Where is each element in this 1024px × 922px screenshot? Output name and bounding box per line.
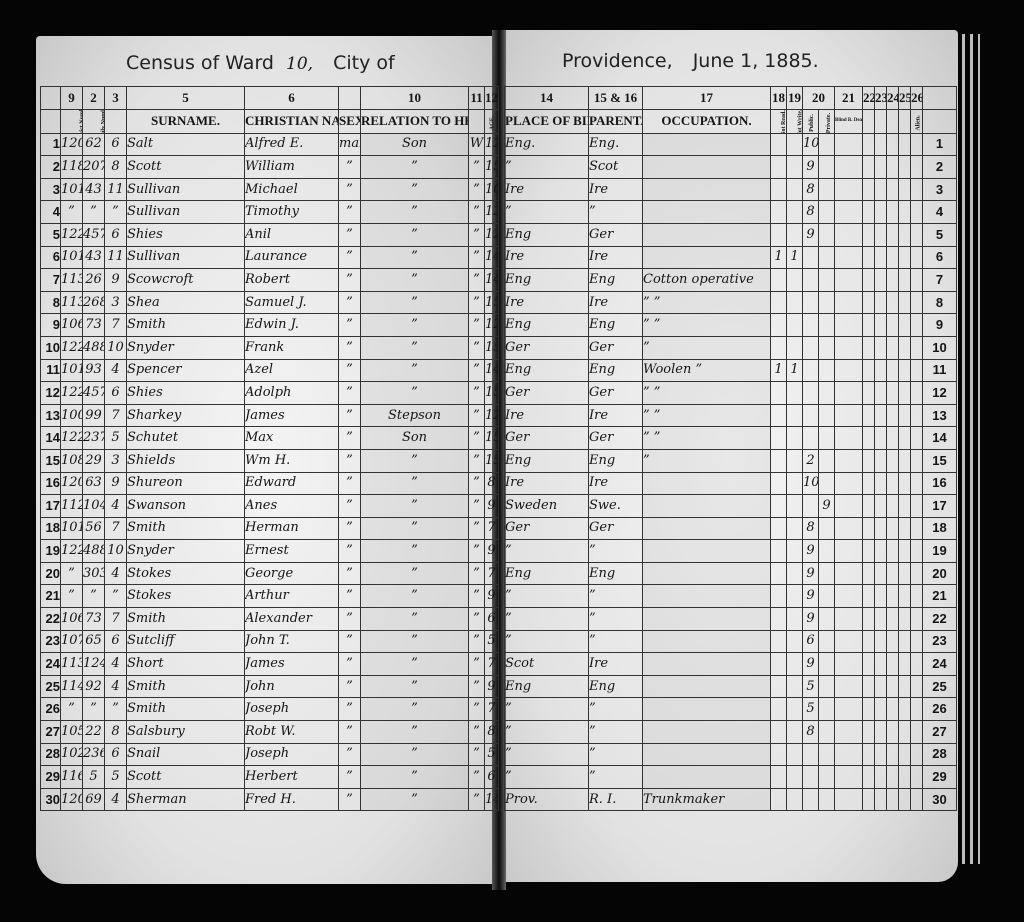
not-write	[787, 540, 803, 563]
family-number: 63	[83, 472, 105, 495]
number-in-family: 5	[105, 427, 127, 450]
age: 12	[485, 201, 499, 224]
number-in-family: 7	[105, 314, 127, 337]
number-in-family: 10	[105, 336, 127, 359]
color-race: ”	[469, 675, 485, 698]
property-voter	[875, 449, 887, 472]
place-of-birth: Scot	[505, 653, 589, 676]
number-in-family: 11	[105, 178, 127, 201]
real-estate-voter	[863, 562, 875, 585]
occupation: ” ”	[643, 427, 771, 450]
family-number: 207	[83, 156, 105, 179]
district-number: 116	[61, 766, 83, 789]
sex: ”	[339, 246, 361, 269]
family-number: 43	[83, 246, 105, 269]
title-city-of: City of	[333, 52, 395, 74]
public-school-months: 9	[803, 608, 819, 631]
row-number: 4	[41, 201, 61, 224]
place-of-birth: ”	[505, 156, 589, 179]
occupation	[643, 495, 771, 518]
registry-voter	[887, 269, 899, 292]
naturalized	[899, 404, 911, 427]
column-label-row: PLACE OF BIRTH. PARENTAGE. OCCUPATION. N…	[505, 109, 957, 133]
col-number: 14	[505, 87, 589, 110]
alien	[911, 562, 923, 585]
not-read	[771, 698, 787, 721]
row-number: 15	[923, 449, 957, 472]
age: 8	[485, 472, 499, 495]
public-school-months: 8	[803, 201, 819, 224]
table-row: ” ” 29	[505, 766, 957, 789]
not-read	[771, 495, 787, 518]
age: 7	[485, 562, 499, 585]
not-read	[771, 382, 787, 405]
public-school-months	[803, 314, 819, 337]
naturalized	[899, 585, 911, 608]
relation: ”	[361, 359, 469, 382]
relation: Son	[361, 427, 469, 450]
private-school-months	[819, 698, 835, 721]
surname: Shields	[127, 449, 245, 472]
table-row: Ire Ire ” ” 13	[505, 404, 957, 427]
row-number: 26	[923, 698, 957, 721]
row-number: 30	[923, 788, 957, 811]
district-number: ”	[61, 585, 83, 608]
surname: Smith	[127, 314, 245, 337]
row-number: 14	[41, 427, 61, 450]
table-row: Ger Ger ” 10	[505, 336, 957, 359]
christian-name: Max	[245, 427, 339, 450]
place-of-birth: Eng	[505, 223, 589, 246]
christian-name: Adolph	[245, 382, 339, 405]
relation: ”	[361, 246, 469, 269]
relation: ”	[361, 291, 469, 314]
age: 15	[485, 427, 499, 450]
district-number: ”	[61, 201, 83, 224]
parentage: Eng	[589, 562, 643, 585]
header-not-read: Not Read.	[771, 109, 787, 133]
surname: Snail	[127, 743, 245, 766]
not-write	[787, 449, 803, 472]
number-in-family: 4	[105, 788, 127, 811]
christian-name: Herbert	[245, 766, 339, 789]
alien	[911, 404, 923, 427]
district-number: 122	[61, 427, 83, 450]
number-in-family: 7	[105, 517, 127, 540]
property-voter	[875, 201, 887, 224]
naturalized	[899, 630, 911, 653]
table-row: 1 120 62 6 Salt Alfred E. male Son W 12	[41, 133, 499, 156]
number-in-family: 8	[105, 721, 127, 744]
color-race: W	[469, 133, 485, 156]
age: 12	[485, 223, 499, 246]
property-voter	[875, 540, 887, 563]
property-voter	[875, 766, 887, 789]
col-number: 19	[787, 87, 803, 110]
table-row: 9 106 73 7 Smith Edwin J. ” ” ” 12	[41, 314, 499, 337]
color-race: ”	[469, 269, 485, 292]
row-number: 23	[923, 630, 957, 653]
surname: Sullivan	[127, 178, 245, 201]
header-district-number: District Number.	[61, 109, 83, 133]
registry-voter	[887, 653, 899, 676]
header-real-estate-voter: R. Est. Voter.	[863, 109, 875, 133]
not-write	[787, 156, 803, 179]
age: 14	[485, 788, 499, 811]
relation: ”	[361, 472, 469, 495]
age: 15	[485, 156, 499, 179]
alien	[911, 291, 923, 314]
sex: ”	[339, 404, 361, 427]
disabilities	[835, 766, 863, 789]
real-estate-voter	[863, 540, 875, 563]
relation: ”	[361, 223, 469, 246]
row-number: 24	[41, 653, 61, 676]
place-of-birth: ”	[505, 540, 589, 563]
family-number: 104	[83, 495, 105, 518]
header-family-number: Family Number.	[83, 109, 105, 133]
surname: Smith	[127, 608, 245, 631]
not-read	[771, 675, 787, 698]
row-number: 1	[41, 133, 61, 156]
sex: ”	[339, 495, 361, 518]
not-write	[787, 585, 803, 608]
public-school-months: 2	[803, 449, 819, 472]
place-of-birth: Eng	[505, 675, 589, 698]
christian-name: Robert	[245, 269, 339, 292]
row-number: 29	[41, 766, 61, 789]
surname: Short	[127, 653, 245, 676]
not-read	[771, 404, 787, 427]
relation: ”	[361, 156, 469, 179]
naturalized	[899, 359, 911, 382]
public-school-months	[803, 336, 819, 359]
sex: ”	[339, 517, 361, 540]
family-number: 457	[83, 382, 105, 405]
district-number: ”	[61, 562, 83, 585]
district-number: 106	[61, 314, 83, 337]
surname: Salsbury	[127, 721, 245, 744]
col-number: 24	[887, 87, 899, 110]
registry-voter	[887, 562, 899, 585]
occupation	[643, 743, 771, 766]
table-row: Eng Eng ” 2 15	[505, 449, 957, 472]
occupation	[643, 201, 771, 224]
row-number: 9	[41, 314, 61, 337]
not-write: 1	[787, 359, 803, 382]
family-number: 237	[83, 427, 105, 450]
col-number: 25	[899, 87, 911, 110]
disabilities	[835, 698, 863, 721]
real-estate-voter	[863, 449, 875, 472]
relation: ”	[361, 495, 469, 518]
parentage: ”	[589, 743, 643, 766]
sex: ”	[339, 788, 361, 811]
age: 12	[485, 133, 499, 156]
census-title-right: Providence, June 1, 1885.	[562, 50, 819, 72]
disabilities	[835, 653, 863, 676]
family-number: ”	[83, 585, 105, 608]
family-number: 488	[83, 336, 105, 359]
property-voter	[875, 630, 887, 653]
disabilities	[835, 743, 863, 766]
naturalized	[899, 291, 911, 314]
public-school-months: 8	[803, 517, 819, 540]
color-race: ”	[469, 788, 485, 811]
not-write	[787, 698, 803, 721]
sex: ”	[339, 540, 361, 563]
alien	[911, 201, 923, 224]
color-race: ”	[469, 314, 485, 337]
christian-name: Timothy	[245, 201, 339, 224]
table-row: 23 107 65 6 Sutcliff John T. ” ” ” 5	[41, 630, 499, 653]
relation: ”	[361, 449, 469, 472]
parentage: Ire	[589, 653, 643, 676]
color-race: ”	[469, 562, 485, 585]
naturalized	[899, 472, 911, 495]
row-number: 7	[923, 269, 957, 292]
family-number: ”	[83, 698, 105, 721]
row-number: 13	[923, 404, 957, 427]
surname: Shea	[127, 291, 245, 314]
public-school-months: 5	[803, 698, 819, 721]
private-school-months	[819, 269, 835, 292]
row-number: 13	[41, 404, 61, 427]
district-number: 101	[61, 246, 83, 269]
private-school-months	[819, 630, 835, 653]
sex: ”	[339, 223, 361, 246]
parentage: Scot	[589, 156, 643, 179]
district-number: 102	[61, 743, 83, 766]
not-write	[787, 472, 803, 495]
naturalized	[899, 788, 911, 811]
number-in-family: 9	[105, 269, 127, 292]
not-write	[787, 608, 803, 631]
column-number-row: 14 15 & 16 17 18 19 20 21 22 23 24 25 26	[505, 87, 957, 110]
col-number: 5	[127, 87, 245, 110]
real-estate-voter	[863, 201, 875, 224]
disabilities	[835, 608, 863, 631]
family-number: 43	[83, 178, 105, 201]
disabilities	[835, 495, 863, 518]
relation: ”	[361, 788, 469, 811]
public-school-months	[803, 359, 819, 382]
public-school-months: 9	[803, 653, 819, 676]
row-number: 11	[923, 359, 957, 382]
color-race: ”	[469, 585, 485, 608]
naturalized	[899, 382, 911, 405]
row-num-label	[41, 109, 61, 133]
private-school-months	[819, 314, 835, 337]
occupation	[643, 540, 771, 563]
age: 9	[485, 540, 499, 563]
registry-voter	[887, 156, 899, 179]
age: 5	[485, 630, 499, 653]
alien	[911, 495, 923, 518]
place-of-birth: Ger	[505, 382, 589, 405]
registry-voter	[887, 404, 899, 427]
property-voter	[875, 404, 887, 427]
alien	[911, 156, 923, 179]
occupation: ” ”	[643, 404, 771, 427]
district-number: 113	[61, 269, 83, 292]
registry-voter	[887, 178, 899, 201]
disabilities	[835, 201, 863, 224]
column-label-row: District Number. Family Number. Number i…	[41, 109, 499, 133]
property-voter	[875, 495, 887, 518]
number-in-family: 4	[105, 495, 127, 518]
relation: ”	[361, 178, 469, 201]
place-of-birth: Ire	[505, 178, 589, 201]
property-voter	[875, 291, 887, 314]
age: 14	[485, 359, 499, 382]
family-number: 268	[83, 291, 105, 314]
property-voter	[875, 562, 887, 585]
relation: ”	[361, 269, 469, 292]
row-number: 28	[923, 743, 957, 766]
christian-name: William	[245, 156, 339, 179]
disabilities	[835, 291, 863, 314]
table-row: ” ” 6 23	[505, 630, 957, 653]
district-number: 108	[61, 449, 83, 472]
property-voter	[875, 269, 887, 292]
sex: ”	[339, 382, 361, 405]
title-date: June 1, 1885.	[693, 50, 819, 72]
row-number: 16	[923, 472, 957, 495]
real-estate-voter	[863, 743, 875, 766]
parentage: Ire	[589, 404, 643, 427]
relation: ”	[361, 721, 469, 744]
surname: Snyder	[127, 540, 245, 563]
number-in-family: 4	[105, 562, 127, 585]
row-number: 17	[41, 495, 61, 518]
occupation	[643, 766, 771, 789]
row-number: 2	[923, 156, 957, 179]
color-race: ”	[469, 223, 485, 246]
sex: ”	[339, 336, 361, 359]
place-of-birth: ”	[505, 630, 589, 653]
private-school-months	[819, 449, 835, 472]
col-number: 12	[485, 87, 499, 110]
surname: Smith	[127, 517, 245, 540]
district-number: 120	[61, 788, 83, 811]
row-number: 10	[923, 336, 957, 359]
public-school-months: 8	[803, 721, 819, 744]
color-race: ”	[469, 472, 485, 495]
real-estate-voter	[863, 156, 875, 179]
public-school-months: 8	[803, 178, 819, 201]
col-number: 6	[245, 87, 339, 110]
row-number: 16	[41, 472, 61, 495]
occupation	[643, 721, 771, 744]
surname: Stokes	[127, 585, 245, 608]
row-number: 11	[41, 359, 61, 382]
header-naturalized: Naturalized.	[899, 109, 911, 133]
district-number: 120	[61, 472, 83, 495]
property-voter	[875, 675, 887, 698]
public-school-months	[803, 246, 819, 269]
district-number: 105	[61, 721, 83, 744]
number-in-family: 4	[105, 653, 127, 676]
surname: Snyder	[127, 336, 245, 359]
real-estate-voter	[863, 495, 875, 518]
age: 12	[485, 314, 499, 337]
not-write	[787, 517, 803, 540]
parentage: Ger	[589, 427, 643, 450]
row-number: 19	[923, 540, 957, 563]
private-school-months: 9	[819, 495, 835, 518]
row-num-header	[41, 87, 61, 110]
row-number: 23	[41, 630, 61, 653]
christian-name: Herman	[245, 517, 339, 540]
occupation	[643, 223, 771, 246]
public-school-months: 9	[803, 156, 819, 179]
table-row: 29 116 5 5 Scott Herbert ” ” ” 6	[41, 766, 499, 789]
private-school-months	[819, 608, 835, 631]
district-number: 101	[61, 178, 83, 201]
place-of-birth: Eng	[505, 269, 589, 292]
relation: ”	[361, 630, 469, 653]
age: 5	[485, 743, 499, 766]
col-number: 20	[803, 87, 835, 110]
registry-voter	[887, 585, 899, 608]
christian-name: Anes	[245, 495, 339, 518]
registry-voter	[887, 608, 899, 631]
naturalized	[899, 653, 911, 676]
parentage: Ire	[589, 472, 643, 495]
table-row: ” ” 9 19	[505, 540, 957, 563]
registry-voter	[887, 788, 899, 811]
registry-voter	[887, 133, 899, 156]
district-number: 118	[61, 156, 83, 179]
registry-voter	[887, 675, 899, 698]
property-voter	[875, 382, 887, 405]
naturalized	[899, 562, 911, 585]
not-read	[771, 721, 787, 744]
parentage: ”	[589, 630, 643, 653]
col-number: 9	[61, 87, 83, 110]
real-estate-voter	[863, 427, 875, 450]
page-edge	[970, 34, 973, 864]
census-title-left: Census of Ward 10, City of	[126, 52, 395, 74]
header-registry-voter: Reg. Voter.	[887, 109, 899, 133]
number-in-family: 6	[105, 223, 127, 246]
registry-voter	[887, 427, 899, 450]
not-write	[787, 178, 803, 201]
place-of-birth: ”	[505, 743, 589, 766]
family-number: 99	[83, 404, 105, 427]
alien	[911, 743, 923, 766]
color-race: ”	[469, 449, 485, 472]
not-write	[787, 269, 803, 292]
alien	[911, 223, 923, 246]
private-school-months	[819, 178, 835, 201]
district-number: 122	[61, 336, 83, 359]
age: 15	[485, 291, 499, 314]
not-read	[771, 291, 787, 314]
number-in-family: 6	[105, 743, 127, 766]
place-of-birth: Ger	[505, 427, 589, 450]
place-of-birth: Ire	[505, 404, 589, 427]
not-write	[787, 314, 803, 337]
property-voter	[875, 517, 887, 540]
parentage: ”	[589, 585, 643, 608]
private-school-months	[819, 246, 835, 269]
relation: ”	[361, 585, 469, 608]
real-estate-voter	[863, 404, 875, 427]
not-read	[771, 156, 787, 179]
occupation	[643, 675, 771, 698]
